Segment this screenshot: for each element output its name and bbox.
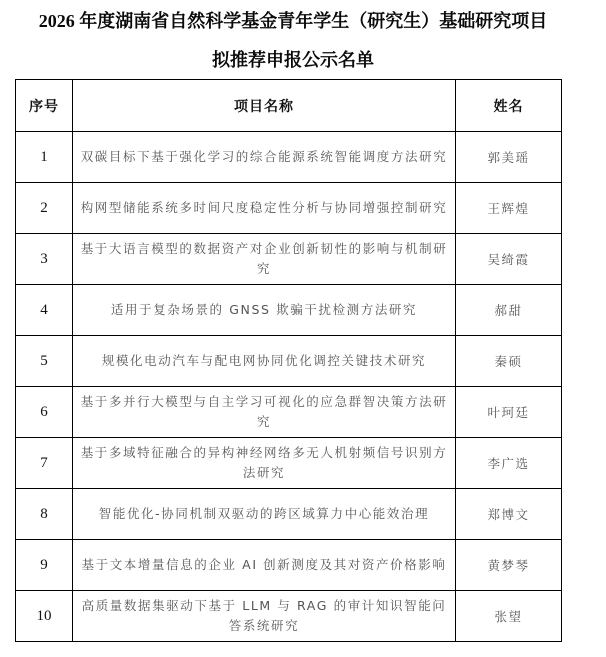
applicant-name-cell: 张望 (456, 591, 562, 642)
table-row: 7 基于多域特征融合的异构神经网络多无人机射频信号识别方法研究 李广选 (16, 438, 562, 489)
applicant-name-cell: 叶珂廷 (456, 387, 562, 438)
document-title-line-2: 拟推荐申报公示名单 (0, 46, 586, 72)
project-title-cell: 高质量数据集驱动下基于 LLM 与 RAG 的审计知识智能问答系统研究 (73, 591, 456, 642)
applicant-name-cell: 吴绮霞 (456, 234, 562, 285)
table-row: 3 基于大语言模型的数据资产对企业创新韧性的影响与机制研究 吴绮霞 (16, 234, 562, 285)
applicant-name-cell: 王辉煌 (456, 183, 562, 234)
column-header-applicant-name: 姓名 (456, 80, 562, 132)
recommendation-list-table: 序号 项目名称 姓名 1 双碳目标下基于强化学习的综合能源系统智能调度方法研究 … (15, 79, 562, 642)
applicant-name-cell: 郑博文 (456, 489, 562, 540)
applicant-name-cell: 秦硕 (456, 336, 562, 387)
project-title-cell: 基于多域特征融合的异构神经网络多无人机射频信号识别方法研究 (73, 438, 456, 489)
serial-number-cell: 3 (16, 234, 73, 285)
document-title-line-1: 2026 年度湖南省自然科学基金青年学生（研究生）基础研究项目 (0, 7, 586, 33)
table-row: 6 基于多并行大模型与自主学习可视化的应急群智决策方法研究 叶珂廷 (16, 387, 562, 438)
serial-number-cell: 10 (16, 591, 73, 642)
serial-number-cell: 9 (16, 540, 73, 591)
table-row: 10 高质量数据集驱动下基于 LLM 与 RAG 的审计知识智能问答系统研究 张… (16, 591, 562, 642)
table-row: 8 智能优化-协同机制双驱动的跨区域算力中心能效治理 郑博文 (16, 489, 562, 540)
serial-number-cell: 2 (16, 183, 73, 234)
project-title-cell: 基于大语言模型的数据资产对企业创新韧性的影响与机制研究 (73, 234, 456, 285)
table-row: 5 规模化电动汽车与配电网协同优化调控关键技术研究 秦硕 (16, 336, 562, 387)
column-header-serial-number: 序号 (16, 80, 73, 132)
table-row: 9 基于文本增量信息的企业 AI 创新测度及其对资产价格影响 黄梦琴 (16, 540, 562, 591)
serial-number-cell: 5 (16, 336, 73, 387)
project-title-cell: 基于文本增量信息的企业 AI 创新测度及其对资产价格影响 (73, 540, 456, 591)
applicant-name-cell: 郭美瑶 (456, 132, 562, 183)
serial-number-cell: 1 (16, 132, 73, 183)
serial-number-cell: 4 (16, 285, 73, 336)
applicant-name-cell: 郝甜 (456, 285, 562, 336)
serial-number-cell: 6 (16, 387, 73, 438)
column-header-project-name: 项目名称 (73, 80, 456, 132)
project-title-cell: 双碳目标下基于强化学习的综合能源系统智能调度方法研究 (73, 132, 456, 183)
project-title-cell: 构网型储能系统多时间尺度稳定性分析与协同增强控制研究 (73, 183, 456, 234)
applicant-name-cell: 李广选 (456, 438, 562, 489)
table-row: 1 双碳目标下基于强化学习的综合能源系统智能调度方法研究 郭美瑶 (16, 132, 562, 183)
project-title-cell: 规模化电动汽车与配电网协同优化调控关键技术研究 (73, 336, 456, 387)
table-row: 2 构网型储能系统多时间尺度稳定性分析与协同增强控制研究 王辉煌 (16, 183, 562, 234)
table-row: 4 适用于复杂场景的 GNSS 欺骗干扰检测方法研究 郝甜 (16, 285, 562, 336)
applicant-name-cell: 黄梦琴 (456, 540, 562, 591)
project-title-cell: 智能优化-协同机制双驱动的跨区域算力中心能效治理 (73, 489, 456, 540)
project-title-cell: 基于多并行大模型与自主学习可视化的应急群智决策方法研究 (73, 387, 456, 438)
table-header-row: 序号 项目名称 姓名 (16, 80, 562, 132)
serial-number-cell: 7 (16, 438, 73, 489)
serial-number-cell: 8 (16, 489, 73, 540)
project-title-cell: 适用于复杂场景的 GNSS 欺骗干扰检测方法研究 (73, 285, 456, 336)
